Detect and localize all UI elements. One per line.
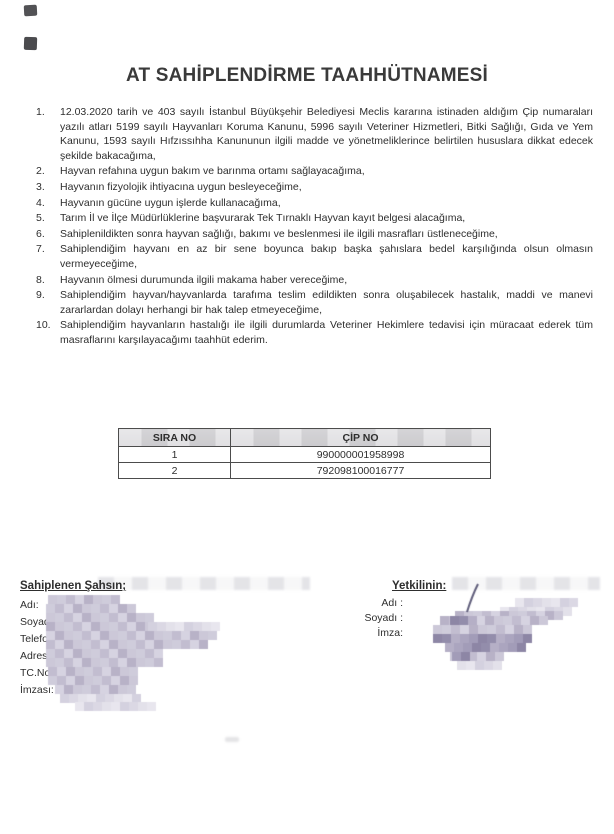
- table-cell-cip: 792098100016777: [231, 463, 491, 479]
- official-fields: Adı : Soyadı : İmza:: [335, 596, 403, 641]
- scan-artifact-band: [98, 577, 310, 590]
- list-item: 6. Sahiplenildikten sonra hayvan sağlığı…: [36, 227, 593, 242]
- list-item: 10. Sahiplendiğim hayvanların hastalığı …: [36, 318, 593, 347]
- chip-table: SIRA NO ÇİP NO 1 990000001958998 2 79209…: [118, 428, 491, 479]
- official-label-soyadi: Soyadı :: [335, 611, 403, 626]
- table-cell-sira: 2: [119, 463, 231, 479]
- page-title: AT SAHİPLENDİRME TAAHHÜTNAMESİ: [0, 65, 614, 87]
- list-item-text: Hayvanın ölmesi durumunda ilgili makama …: [60, 273, 593, 288]
- scan-mark-bottom: [24, 37, 37, 50]
- list-item-text: Sahiplendiğim hayvanların hastalığı ile …: [60, 318, 593, 347]
- list-item: 3. Hayvanın fizyolojik ihtiyacına uygun …: [36, 180, 593, 195]
- list-item-number: 8.: [36, 273, 60, 288]
- list-item-text: Hayvanın fizyolojik ihtiyacına uygun bes…: [60, 180, 593, 195]
- scan-mark-top: [24, 5, 38, 17]
- list-item: 2. Hayvan refahına uygun bakım ve barınm…: [36, 164, 593, 179]
- table-row: 1 990000001958998: [119, 447, 491, 463]
- official-section-heading: Yetkilinin:: [392, 580, 446, 592]
- owner-section-heading: Sahiplenen Şahsın;: [20, 580, 126, 592]
- column-header-cip-no: ÇİP NO: [231, 429, 491, 447]
- owner-fields: Adı: Soyadı: Telefon: Adresi: TC.No: İmz…: [20, 597, 57, 699]
- scan-artifact-band: [452, 577, 600, 590]
- table-cell-cip: 990000001958998: [231, 447, 491, 463]
- owner-label-soyadi: Soyadı:: [20, 614, 57, 631]
- list-item: 1. 12.03.2020 tarih ve 403 sayılı İstanb…: [36, 105, 593, 163]
- list-item-number: 2.: [36, 164, 60, 179]
- official-label-adi: Adı :: [335, 596, 403, 611]
- list-item: 7. Sahiplendiğim hayvanı en az bir sene …: [36, 242, 593, 271]
- owner-label-imza: İmzası:: [20, 682, 57, 699]
- table-header-row: SIRA NO ÇİP NO: [119, 429, 491, 447]
- official-label-imza: İmza:: [335, 626, 403, 641]
- list-item-number: 7.: [36, 242, 60, 271]
- list-item-number: 10.: [36, 318, 60, 347]
- list-item-text: Sahiplendiğim hayvanı en az bir sene boy…: [60, 242, 593, 271]
- list-item-number: 5.: [36, 211, 60, 226]
- list-item-text: Tarım İl ve İlçe Müdürlüklerine başvurar…: [60, 211, 593, 226]
- column-header-sira-no: SIRA NO: [119, 429, 231, 447]
- list-item: 5. Tarım İl ve İlçe Müdürlüklerine başvu…: [36, 211, 593, 226]
- owner-label-telefon: Telefon:: [20, 631, 57, 648]
- list-item: 4. Hayvanın gücüne uygun işlerde kullana…: [36, 196, 593, 211]
- list-item-number: 3.: [36, 180, 60, 195]
- table-row: 2 792098100016777: [119, 463, 491, 479]
- list-item-text: Hayvanın gücüne uygun işlerde kullanacağ…: [60, 196, 593, 211]
- list-item-text: Hayvan refahına uygun bakım ve barınma o…: [60, 164, 593, 179]
- owner-label-adres: Adresi:: [20, 648, 57, 665]
- list-item-number: 1.: [36, 105, 60, 163]
- list-item-number: 9.: [36, 288, 60, 317]
- list-item: 9. Sahiplendiğim hayvan/hayvanlarda tara…: [36, 288, 593, 317]
- commitments-list: 1. 12.03.2020 tarih ve 403 sayılı İstanb…: [36, 105, 593, 349]
- document-page: AT SAHİPLENDİRME TAAHHÜTNAMESİ 1. 12.03.…: [0, 0, 614, 834]
- owner-label-adi: Adı:: [20, 597, 57, 614]
- scan-smudge: [225, 737, 239, 742]
- list-item-text: Sahiplenildikten sonra hayvan sağlığı, b…: [60, 227, 593, 242]
- table-cell-sira: 1: [119, 447, 231, 463]
- list-item-number: 6.: [36, 227, 60, 242]
- list-item-text: Sahiplendiğim hayvan/hayvanlarda tarafım…: [60, 288, 593, 317]
- list-item-number: 4.: [36, 196, 60, 211]
- list-item-text: 12.03.2020 tarih ve 403 sayılı İstanbul …: [60, 105, 593, 163]
- list-item: 8. Hayvanın ölmesi durumunda ilgili maka…: [36, 273, 593, 288]
- owner-label-tcno: TC.No:: [20, 665, 57, 682]
